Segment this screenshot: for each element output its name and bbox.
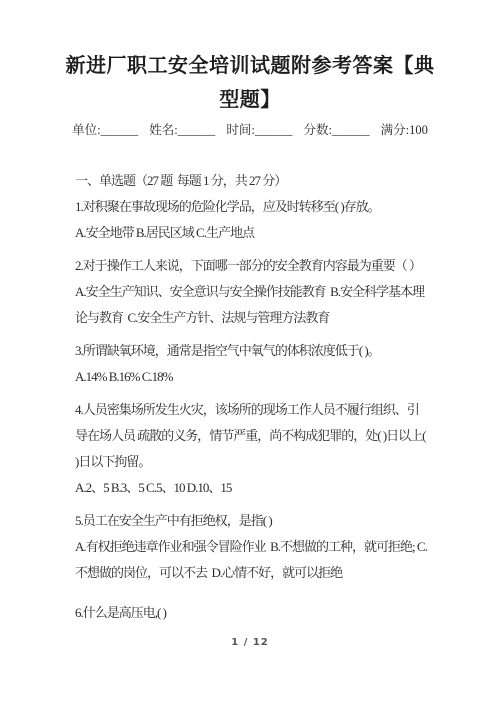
question-2-text: 2.对于操作工人来说，下面哪一部分的安全教育内容最为重要（ ） (75, 253, 428, 279)
question-3: 3.所谓缺氧环境，通常是指空气中氧气的体积浓度低于( )。 A.14% B.16… (75, 338, 428, 390)
question-3-options: A.14% B.16% C.18% (75, 364, 428, 390)
page-number-indicator: 1 / 12 (0, 637, 500, 648)
meta-value-full-score: 100 (409, 123, 428, 137)
question-4: 4.人员密集场所发生火灾，该场所的现场工作人员不履行组织、引导在场人员 疏散的义… (75, 397, 428, 501)
document-title-line-1: 新进厂职工安全培训试题附参考答案【典 (58, 49, 442, 83)
question-5-text: 5.员工在安全生产中有拒绝权，是指( ) (75, 508, 428, 534)
question-6: 6.什么是高压电,( ) (75, 600, 428, 626)
question-4-text: 4.人员密集场所发生火灾，该场所的现场工作人员不履行组织、引导在场人员 疏散的义… (75, 397, 428, 475)
document-page: 新进厂职工安全培训试题附参考答案【典 型题】 单位:______ 姓名:____… (0, 0, 500, 707)
document-body: 一、单选题（27 题 每题 1 分，共 27 分） 1.对积聚在事故现场的危险化… (0, 168, 500, 626)
question-6-text: 6.什么是高压电,( ) (75, 600, 428, 626)
question-2: 2.对于操作工人来说，下面哪一部分的安全教育内容最为重要（ ） A.安全生产知识… (75, 253, 428, 331)
question-5-options: A.有权拒绝违章作业和强令冒险作业 B.不想做的工种，就可拒绝; C.不想做的岗… (75, 534, 428, 586)
question-1: 1.对积聚在事故现场的危险化学品，应及时转移至( )存放。 A.安全地带 B.居… (75, 194, 428, 246)
question-4-options: A.2、5 B.3、5 C.5、10 D.10、15 (75, 475, 428, 501)
document-title: 新进厂职工安全培训试题附参考答案【典 型题】 (0, 0, 500, 117)
meta-field-name: 姓名:______ (149, 123, 215, 137)
meta-blank-name: ______ (178, 123, 216, 137)
meta-blank-unit: ______ (101, 123, 139, 137)
meta-label-full-score: 满分: (381, 123, 409, 137)
question-1-options: A.安全地带 B.居民区域 C.生产地点 (75, 220, 428, 246)
meta-field-full-score: 满分:100 (381, 123, 428, 137)
meta-line: 单位:______ 姓名:______ 时间:______ 分数:______ … (0, 119, 500, 141)
question-3-text: 3.所谓缺氧环境，通常是指空气中氧气的体积浓度低于( )。 (75, 338, 428, 364)
meta-blank-time: ______ (255, 123, 293, 137)
document-title-line-2: 型题】 (58, 83, 442, 117)
question-2-options: A.安全生产知识、安全意识与安全操作技能教育 B.安全科学基本理论与教育 C.安… (75, 279, 428, 331)
section-heading: 一、单选题（27 题 每题 1 分，共 27 分） (75, 168, 428, 194)
meta-field-unit: 单位:______ (72, 123, 138, 137)
meta-label-time: 时间: (226, 123, 254, 137)
meta-label-unit: 单位: (72, 123, 100, 137)
meta-blank-score: ______ (332, 123, 370, 137)
meta-label-name: 姓名: (149, 123, 177, 137)
meta-field-score: 分数:______ (303, 123, 369, 137)
question-1-text: 1.对积聚在事故现场的危险化学品，应及时转移至( )存放。 (75, 194, 428, 220)
question-5: 5.员工在安全生产中有拒绝权，是指( ) A.有权拒绝违章作业和强令冒险作业 B… (75, 508, 428, 586)
meta-field-time: 时间:______ (226, 123, 292, 137)
meta-label-score: 分数: (303, 123, 331, 137)
